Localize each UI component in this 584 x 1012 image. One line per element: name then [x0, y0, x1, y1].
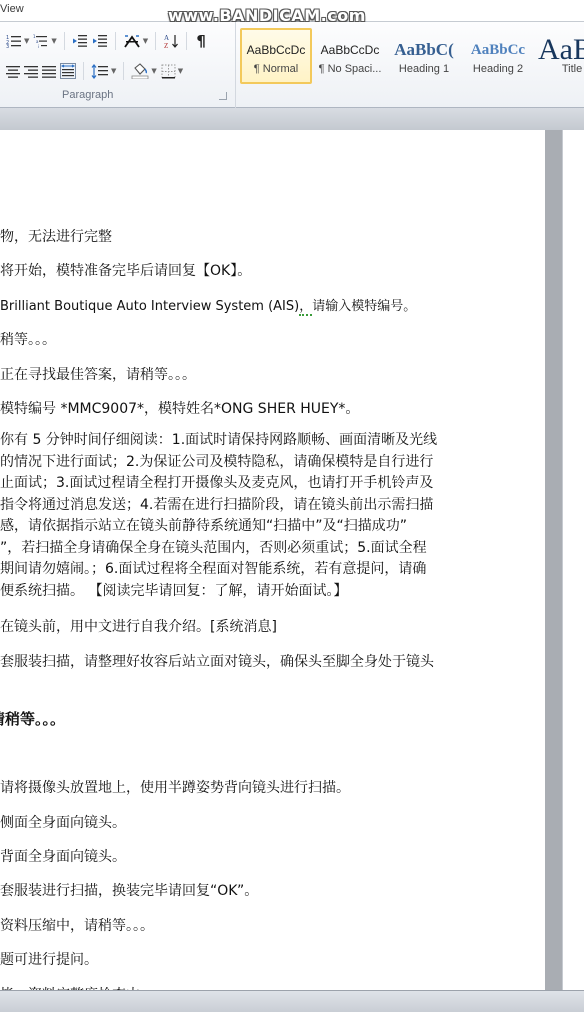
toolbar-divider	[155, 32, 156, 50]
justify-icon	[42, 65, 56, 78]
paragraph-group: 123 ▼ 1ai ▼ ▼ AZ	[0, 22, 236, 108]
sort-button[interactable]: AZ	[161, 30, 181, 52]
sort-icon: AZ	[163, 33, 179, 49]
style-preview: AaBbCcDc	[316, 37, 384, 63]
numbering-button[interactable]: 123 ▼	[4, 30, 31, 52]
decrease-indent-button[interactable]	[70, 30, 90, 52]
svg-text:3: 3	[6, 44, 9, 48]
style-preview: AaBbCc	[464, 37, 532, 63]
style-label: Title	[562, 63, 582, 75]
chevron-down-icon[interactable]: ▼	[111, 67, 116, 75]
ribbon: 123 ▼ 1ai ▼ ▼ AZ	[0, 22, 584, 108]
paragraph-line: 指令将通过消息发送；4.若需在进行扫描阶段，请在镜头前出示需扫描	[0, 495, 437, 517]
numbering-icon: 123	[6, 34, 22, 48]
document-area-top	[0, 108, 584, 130]
document-line: 资料压缩中，请稍等。。。	[0, 915, 154, 935]
increase-indent-icon	[92, 34, 108, 48]
paragraph-group-label: Paragraph	[62, 89, 113, 101]
align-right-button[interactable]	[22, 60, 40, 82]
toolbar-divider	[123, 62, 124, 80]
paragraph-line: 的情况下进行面试；2.为保证公司及模特隐私，请确保模特是自行进行	[0, 452, 437, 474]
document-page[interactable]: 物，无法进行完整 将开始，模特准备完毕后请回复【OK】。 Brilliant B…	[0, 130, 545, 990]
dialog-launcher-icon[interactable]	[219, 92, 227, 100]
align-center-icon	[6, 65, 20, 78]
line-segment: 请输入模特编号。	[312, 299, 416, 314]
document-line: 请将摄像头放置地上，使用半蹲姿势背向镜头进行扫描。	[0, 777, 350, 797]
paragraph-line: 便系统扫描。 【阅读完毕请回复：了解，请开始面试。】	[0, 581, 437, 603]
document-line: Brilliant Boutique Auto Interview System…	[0, 295, 416, 314]
document-line-bold: 请稍等。。。	[0, 708, 65, 729]
document-line: 物，无法进行完整	[0, 226, 112, 246]
toolbar-divider	[83, 62, 84, 80]
chevron-down-icon[interactable]: ▼	[151, 67, 156, 75]
style-title[interactable]: AaB Title	[536, 28, 584, 84]
borders-icon	[161, 64, 176, 79]
increase-indent-button[interactable]	[90, 30, 110, 52]
shading-button[interactable]: ▼	[129, 60, 158, 82]
paragraph-line: 感，请依据指示站立在镜头前静待系统通知“扫描中”及“扫描成功”	[0, 516, 437, 538]
multilevel-list-button[interactable]: 1ai ▼	[31, 30, 58, 52]
instructions-paragraph: 你有 5 分钟时间仔细阅读：1.面试时请保持网路顺畅、画面清晰及光线 的情况下进…	[0, 430, 437, 602]
style-label: Heading 2	[473, 63, 523, 75]
distributed-icon	[60, 63, 76, 79]
svg-text:Z: Z	[164, 42, 168, 49]
style-no-spacing[interactable]: AaBbCcDc ¶ No Spaci...	[314, 28, 386, 84]
svg-text:i: i	[38, 44, 39, 48]
document-line: 模特编号 *MMC9007*，模特姓名*ONG SHER HUEY*。	[0, 398, 359, 418]
paragraph-row-1: 123 ▼ 1ai ▼ ▼ AZ	[4, 30, 210, 52]
svg-text:A: A	[164, 34, 169, 42]
document-line: 侧面全身面向镜头。	[0, 812, 126, 832]
style-normal[interactable]: AaBbCcDc ¶ Normal	[240, 28, 312, 84]
document-line: 正在寻找最佳答案，请稍等。。。	[0, 364, 196, 384]
style-label: ¶ Normal	[254, 63, 298, 75]
asian-layout-icon	[123, 34, 141, 48]
document-line: 将开始，模特准备完毕后请回复【OK】。	[0, 260, 251, 280]
chevron-down-icon[interactable]: ▼	[24, 37, 29, 45]
borders-button[interactable]: ▼	[159, 60, 185, 82]
justify-button[interactable]	[40, 60, 58, 82]
chevron-down-icon[interactable]: ▼	[178, 67, 183, 75]
styles-gallery: AaBbCcDc ¶ Normal AaBbCcDc ¶ No Spaci...…	[240, 28, 584, 86]
document-line: 在镜头前，用中文进行自我介绍。[系统消息]	[0, 616, 277, 636]
style-label: Heading 1	[399, 63, 449, 75]
tab-view[interactable]: View	[0, 3, 24, 15]
show-hide-button[interactable]: ¶	[192, 30, 210, 52]
grammar-squiggle[interactable]: ，	[299, 299, 312, 316]
align-center-button[interactable]	[4, 60, 22, 82]
paragraph-row-2: ▼ ▼ ▼	[4, 60, 185, 82]
multilevel-list-icon: 1ai	[33, 34, 49, 48]
page-gutter	[545, 130, 562, 990]
pilcrow-icon: ¶	[196, 32, 206, 50]
paragraph-line: ”，若扫描全身请确保全身在镜头范围内，否则必须重试；5.面试全程	[0, 538, 437, 560]
style-heading-1[interactable]: AaBbC( Heading 1	[388, 28, 460, 84]
style-preview: AaB	[538, 37, 584, 63]
distributed-button[interactable]	[58, 60, 78, 82]
chevron-down-icon[interactable]: ▼	[51, 37, 56, 45]
paragraph-line: 你有 5 分钟时间仔细阅读：1.面试时请保持网路顺畅、画面清晰及光线	[0, 430, 437, 452]
decrease-indent-icon	[72, 34, 88, 48]
line-spacing-button[interactable]: ▼	[89, 60, 118, 82]
paragraph-line: 期间请勿嬉闹。；6.面试过程将全程面对智能系统，若有意提问，请确	[0, 559, 437, 581]
document-line: 题可进行提问。	[0, 949, 98, 969]
document-line: 套服装扫描，请整理好妆容后站立面对镜头，确保头至脚全身处于镜头	[0, 651, 434, 671]
toolbar-divider	[64, 32, 65, 50]
next-page-edge	[562, 130, 584, 990]
document-line: 背面全身面向镜头。	[0, 846, 126, 866]
line-segment: Brilliant Boutique Auto Interview System…	[0, 299, 299, 314]
document-line: 套服装进行扫描，换装完毕请回复“OK”。	[0, 880, 258, 900]
status-bar	[0, 990, 584, 1012]
document-line: 稍等。。。	[0, 329, 56, 349]
toolbar-divider	[115, 32, 116, 50]
paint-bucket-icon	[131, 63, 149, 79]
asian-layout-button[interactable]: ▼	[121, 30, 150, 52]
line-spacing-icon	[91, 64, 109, 79]
paragraph-line: 止面试；3.面试过程请全程打开摄像头及麦克风，也请打开手机铃声及	[0, 473, 437, 495]
style-preview: AaBbC(	[390, 37, 458, 63]
align-right-icon	[24, 65, 38, 78]
style-preview: AaBbCcDc	[242, 37, 310, 63]
toolbar-divider	[186, 32, 187, 50]
style-label: ¶ No Spaci...	[319, 63, 382, 75]
style-heading-2[interactable]: AaBbCc Heading 2	[462, 28, 534, 84]
chevron-down-icon[interactable]: ▼	[143, 37, 148, 45]
